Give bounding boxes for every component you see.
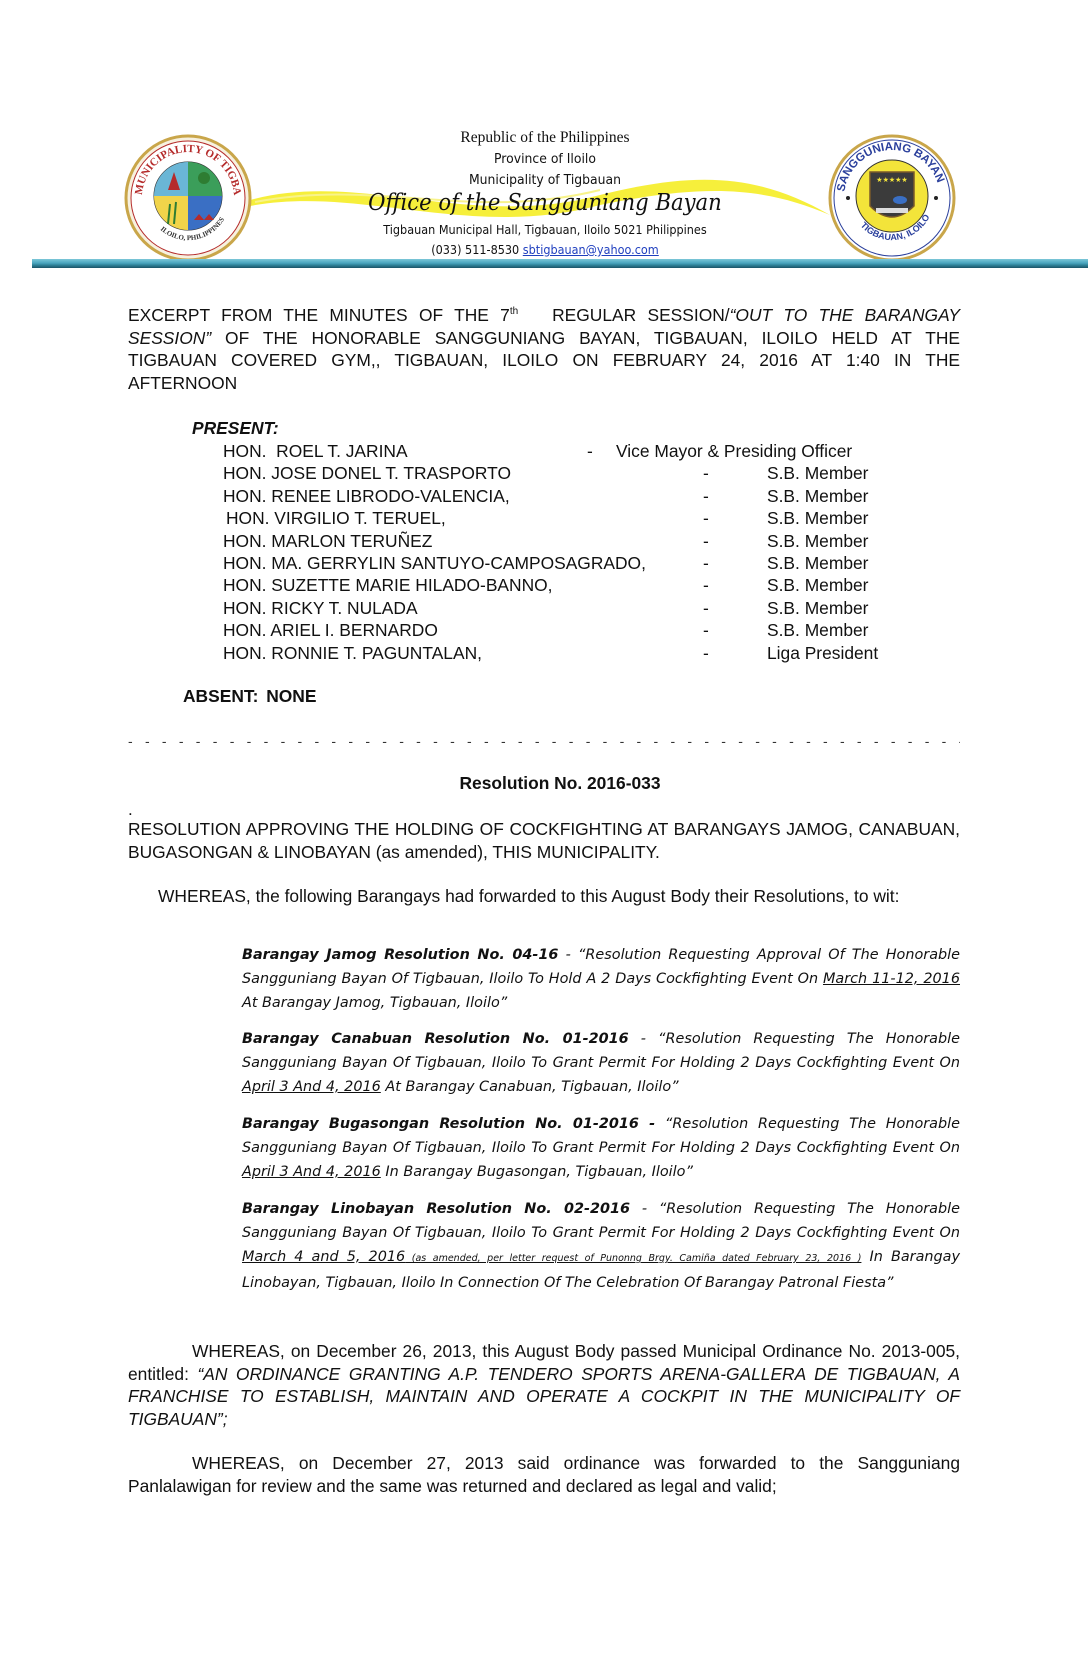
- member-role: S.B. Member: [767, 619, 868, 641]
- member-name: HON. ROEL T. JARINA: [223, 440, 408, 462]
- province-line: Province of Iloilo: [320, 151, 771, 167]
- cited-resolution-canabuan: Barangay Canabuan Resolution No. 01-2016…: [242, 1027, 960, 1099]
- member-role: S.B. Member: [767, 530, 868, 552]
- member-dash: -: [587, 440, 593, 462]
- member-name: HON. ARIEL I. BERNARDO: [223, 619, 438, 641]
- office-title: Office of the Sangguniang Bayan: [320, 190, 771, 216]
- office-address: Tigbauan Municipal Hall, Tigbauan, Iloil…: [325, 222, 766, 237]
- phone-number: (033) 511-8530: [431, 242, 519, 257]
- email-link[interactable]: sbtigbauan@yahoo.com: [523, 242, 659, 257]
- whereas-paragraph-1: WHEREAS, the following Barangays had for…: [128, 885, 960, 908]
- whereas-paragraph-3: WHEREAS, on December 27, 2013 said ordin…: [128, 1452, 960, 1497]
- member-name: HON. MARLON TERUÑEZ: [223, 530, 432, 552]
- municipality-seal-icon: MUNICIPALITY OF TIGBAUAN ILOILO, PHILIPP…: [124, 134, 252, 262]
- attendance-list: HON. ROEL T. JARINA-Vice Mayor & Presidi…: [223, 440, 943, 664]
- member-dash: -: [703, 642, 709, 664]
- dashed-divider: - - - - - - - - - - - - - - - - - - - - …: [128, 733, 960, 747]
- member-dash: -: [703, 507, 709, 529]
- resolution-title: RESOLUTION APPROVING THE HOLDING OF COCK…: [128, 818, 960, 863]
- letterhead: MUNICIPALITY OF TIGBAUAN ILOILO, PHILIPP…: [0, 0, 1088, 280]
- header-divider-bar: [32, 259, 1088, 268]
- attendance-row: HON. ROEL T. JARINA-Vice Mayor & Presidi…: [223, 440, 943, 462]
- member-dash: -: [703, 619, 709, 641]
- attendance-row: HON. RENEE LIBRODO-VALENCIA,-S.B. Member: [223, 485, 943, 507]
- stray-dot: .: [128, 800, 133, 820]
- member-role: S.B. Member: [767, 574, 868, 596]
- attendance-row: HON. JOSE DONEL T. TRASPORTO-S.B. Member: [223, 462, 943, 484]
- municipality-line: Municipality of Tigbauan: [320, 172, 771, 188]
- excerpt-heading: EXCERPT FROM THE MINUTES OF THE 7th REGU…: [128, 304, 960, 394]
- attendance-row: HON. MARLON TERUÑEZ-S.B. Member: [223, 530, 943, 552]
- member-name: HON. SUZETTE MARIE HILADO-BANNO,: [223, 574, 553, 596]
- member-dash: -: [703, 574, 709, 596]
- svg-text:★★★★★: ★★★★★: [876, 176, 907, 184]
- member-role: S.B. Member: [767, 462, 868, 484]
- present-label: PRESENT:: [192, 418, 279, 439]
- member-name: HON. RICKY T. NULADA: [223, 597, 418, 619]
- member-role: Liga President: [767, 642, 878, 664]
- member-name: HON. VIRGILIO T. TERUEL,: [226, 507, 446, 529]
- attendance-row: HON. SUZETTE MARIE HILADO-BANNO,-S.B. Me…: [223, 574, 943, 596]
- member-dash: -: [703, 530, 709, 552]
- attendance-row: HON. VIRGILIO T. TERUEL,-S.B. Member: [223, 507, 943, 529]
- member-dash: -: [703, 597, 709, 619]
- member-role: Vice Mayor & Presiding Officer: [616, 440, 852, 462]
- member-name: HON. JOSE DONEL T. TRASPORTO: [223, 462, 511, 484]
- cited-resolution-linobayan: Barangay Linobayan Resolution No. 02-201…: [242, 1197, 960, 1295]
- cited-resolution-jamog: Barangay Jamog Resolution No. 04-16 - “R…: [242, 943, 960, 1015]
- attendance-row: HON. ARIEL I. BERNARDO-S.B. Member: [223, 619, 943, 641]
- attendance-row: HON. MA. GERRYLIN SANTUYO-CAMPOSAGRADO,-…: [223, 552, 943, 574]
- sangguniang-bayan-seal-icon: SANGGUNIANG BAYAN TIGBAUAN, ILOILO ★★★★★: [828, 134, 956, 262]
- absent-line: ABSENT: NONE: [183, 686, 316, 707]
- member-role: S.B. Member: [767, 552, 868, 574]
- member-name: HON. RONNIE T. PAGUNTALAN,: [223, 642, 482, 664]
- whereas-paragraph-2: WHEREAS, on December 26, 2013, this Augu…: [128, 1340, 960, 1430]
- member-dash: -: [703, 485, 709, 507]
- member-role: S.B. Member: [767, 597, 868, 619]
- member-role: S.B. Member: [767, 485, 868, 507]
- attendance-row: HON. RICKY T. NULADA-S.B. Member: [223, 597, 943, 619]
- republic-line: Republic of the Philippines: [300, 129, 790, 147]
- cited-resolution-bugasongan: Barangay Bugasongan Resolution No. 01-20…: [242, 1112, 960, 1184]
- member-role: S.B. Member: [767, 507, 868, 529]
- attendance-row: HON. RONNIE T. PAGUNTALAN,-Liga Presiden…: [223, 642, 943, 664]
- office-contact: (033) 511-8530 sbtigbauan@yahoo.com: [325, 242, 766, 257]
- member-dash: -: [703, 462, 709, 484]
- member-name: HON. RENEE LIBRODO-VALENCIA,: [223, 485, 510, 507]
- member-name: HON. MA. GERRYLIN SANTUYO-CAMPOSAGRADO,: [223, 552, 646, 574]
- member-dash: -: [703, 552, 709, 574]
- resolution-number: Resolution No. 2016-033: [0, 773, 1088, 794]
